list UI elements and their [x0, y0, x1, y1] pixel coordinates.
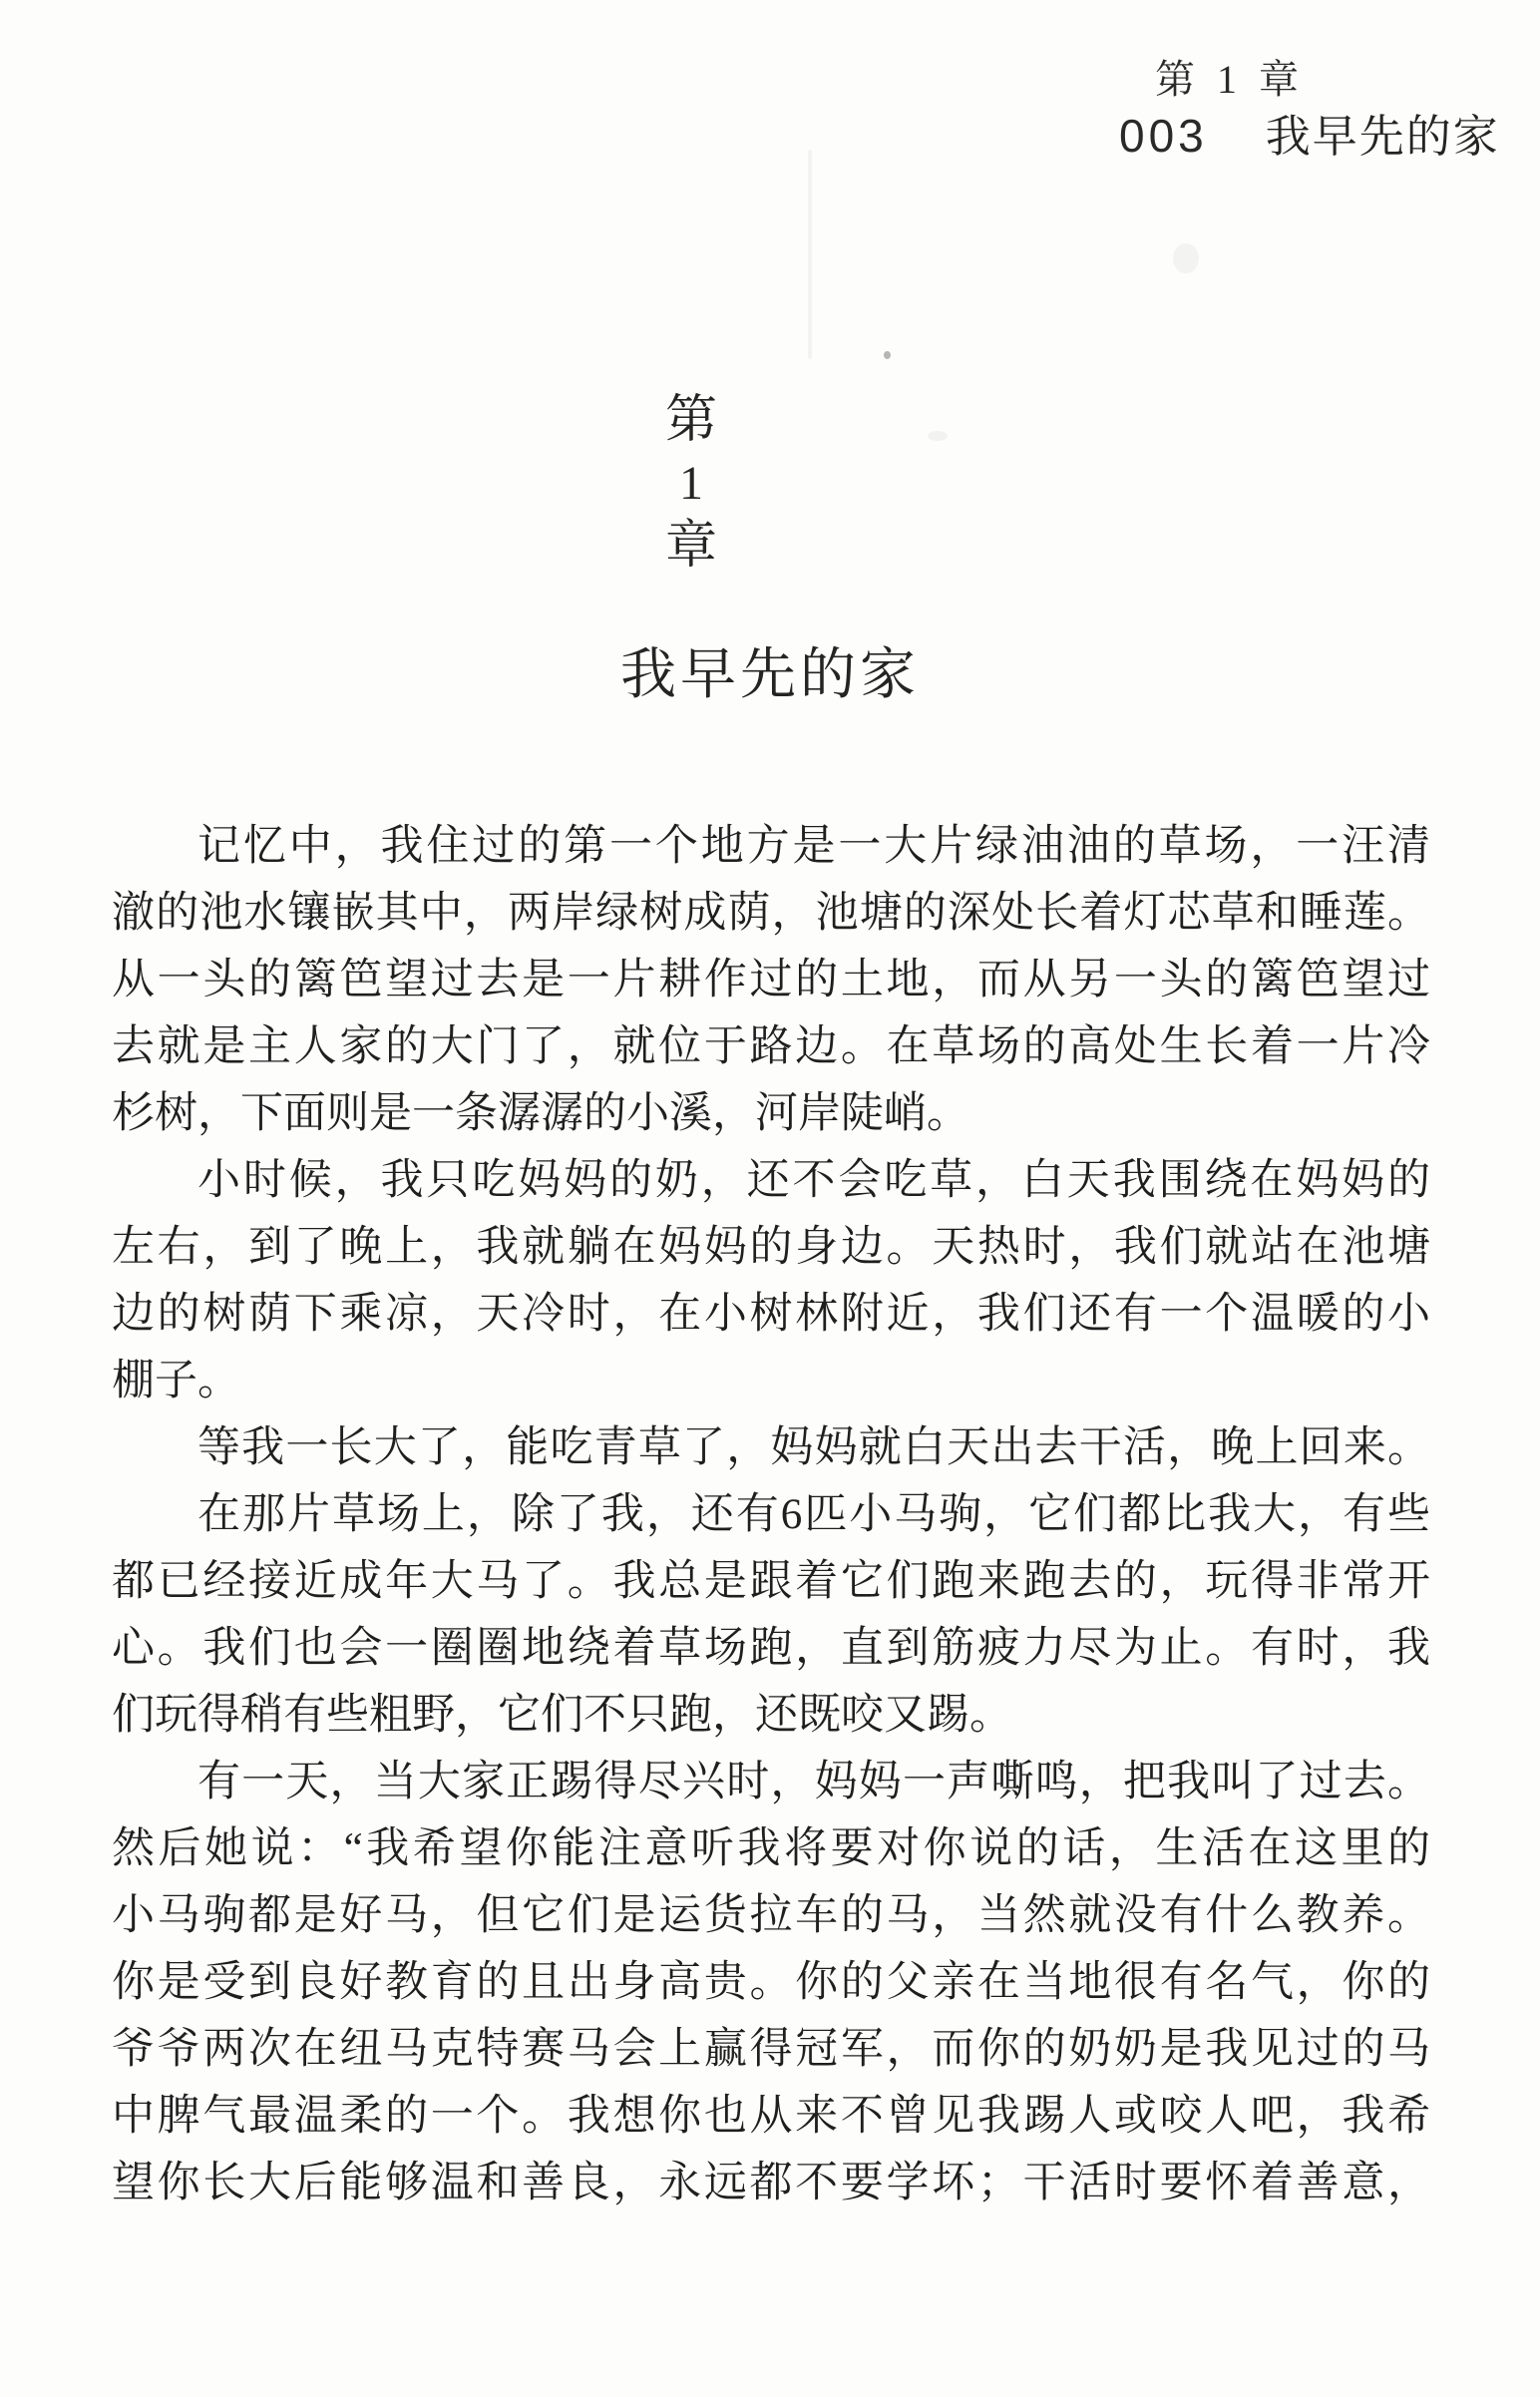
body-line: 棚子。 [112, 1348, 1430, 1414]
body-line: 在那片草场上，除了我，还有6匹小马驹，它们都比我大，有些 [112, 1481, 1430, 1548]
chapter-title: 我早先的家 [0, 630, 1540, 710]
running-header-title: 我早先的家 [1266, 100, 1500, 165]
body-line: 小时候，我只吃妈妈的奶，还不会吃草，白天我围绕在妈妈的 [112, 1147, 1430, 1214]
body-line: 们玩得稍有些粗野，它们不只跑，还既咬又踢。 [112, 1682, 1430, 1749]
body-line: 望你长大后能够温和善良，永远都不要学坏；干活时要怀着善意， [112, 2150, 1430, 2216]
body-line: 心。我们也会一圈圈地绕着草场跑，直到筋疲力尽为止。有时，我 [112, 1615, 1430, 1682]
body-line: 澈的池水镶嵌其中，两岸绿树成荫，池塘的深处长着灯芯草和睡莲。 [112, 880, 1430, 947]
chapter-prefix-char: 第 [660, 389, 722, 452]
scan-artifact [1173, 243, 1199, 273]
body-line: 记忆中，我住过的第一个地方是一大片绿油油的草场，一汪清 [112, 813, 1430, 880]
chapter-number-vertical: 第 1 章 [660, 389, 722, 578]
body-line: 你是受到良好教育的且出身高贵。你的父亲在当地很有名气，你的 [112, 1949, 1430, 2016]
scan-artifact [808, 150, 812, 359]
chapter-suffix-char: 章 [660, 515, 722, 578]
running-header-chapter-label: 第 1 章 [1155, 48, 1305, 105]
body-line: 然后她说：“我希望你能注意听我将要对你说的话，生活在这里的 [112, 1815, 1430, 1882]
page-number: 003 [1119, 109, 1208, 163]
body-text: 记忆中，我住过的第一个地方是一大片绿油油的草场，一汪清澈的池水镶嵌其中，两岸绿树… [112, 813, 1430, 2216]
body-line: 等我一长大了，能吃青草了，妈妈就白天出去干活，晚上回来。 [112, 1414, 1430, 1481]
body-line: 有一天，当大家正踢得尽兴时，妈妈一声嘶鸣，把我叫了过去。 [112, 1749, 1430, 1815]
body-line: 从一头的篱笆望过去是一片耕作过的土地，而从另一头的篱笆望过 [112, 947, 1430, 1013]
body-line: 去就是主人家的大门了，就位于路边。在草场的高处生长着一片冷 [112, 1013, 1430, 1080]
body-line: 小马驹都是好马，但它们是运货拉车的马，当然就没有什么教养。 [112, 1882, 1430, 1949]
body-line: 边的树荫下乘凉，天冷时，在小树林附近，我们还有一个温暖的小 [112, 1281, 1430, 1348]
body-line: 爷爷两次在纽马克特赛马会上赢得冠军，而你的奶奶是我见过的马 [112, 2016, 1430, 2083]
scan-artifact [884, 351, 891, 359]
scan-artifact [928, 431, 948, 441]
running-header: 003 我早先的家 [1119, 100, 1500, 165]
body-line: 都已经接近成年大马了。我总是跟着它们跑来跑去的，玩得非常开 [112, 1548, 1430, 1615]
body-line: 中脾气最温柔的一个。我想你也从来不曾见我踢人或咬人吧，我希 [112, 2083, 1430, 2150]
body-line: 杉树，下面则是一条潺潺的小溪，河岸陡峭。 [112, 1080, 1430, 1147]
book-page: 第 1 章 003 我早先的家 第 1 章 我早先的家 记忆中，我住过的第一个地… [0, 0, 1540, 2397]
body-line: 左右，到了晚上，我就躺在妈妈的身边。天热时，我们就站在池塘 [112, 1214, 1430, 1281]
chapter-number: 1 [660, 452, 722, 515]
